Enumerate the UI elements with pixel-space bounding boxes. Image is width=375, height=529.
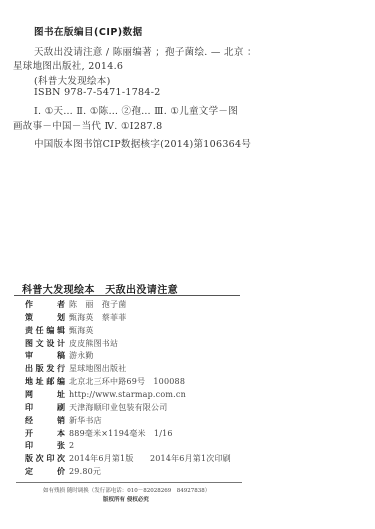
row-value: 2014年6月第1版 2014年6月第1次印刷 — [69, 453, 231, 465]
row-label: 定价 — [25, 466, 65, 478]
cip-line-record-number: 中国版本图书馆CIP数据核字(2014)第106364号 — [34, 136, 251, 150]
row-value: 2 — [69, 440, 74, 452]
website-link[interactable]: http://www.starmap.com.cn — [69, 389, 186, 401]
colophon-row-distributor: 经销新华书店 — [25, 415, 102, 427]
cip-heading: 图书在版编目(CIP)数据 — [34, 24, 143, 38]
top-divider — [14, 295, 240, 296]
colophon-row-price: 定价29.80元 — [25, 466, 101, 478]
colophon-row-reviewer: 审稿游永勤 — [25, 350, 94, 362]
colophon-row-sheets: 印张2 — [25, 440, 74, 452]
cip-line-series: (科普大发现绘本) — [34, 73, 111, 87]
cip-line-publisher: 星球地图出版社, 2014.6 — [13, 58, 123, 72]
colophon-row-planner: 策划甄海英 蔡菲菲 — [25, 312, 126, 324]
row-label: 责任编辑 — [25, 325, 65, 337]
row-label: 网址 — [25, 389, 65, 401]
row-value: 甄海英 — [69, 325, 94, 337]
row-label: 出版发行 — [25, 363, 65, 375]
row-value: 北京北三环中路69号 100088 — [69, 376, 185, 388]
row-value: 29.80元 — [69, 466, 101, 478]
colophon-row-publisher: 出版发行星球地图出版社 — [25, 363, 126, 375]
replacement-notice: 如有残损 随时调换（发行部电话：010－82028269 84927838） — [43, 486, 210, 494]
bottom-divider — [16, 482, 242, 483]
row-label: 经销 — [25, 415, 65, 427]
colophon-row-printer: 印刷天津海顺印业包装有限公司 — [25, 402, 167, 414]
cip-line-title: 天敌出没请注意 / 陈丽编著 ；孢子菌绘. — 北京 ： — [34, 44, 257, 58]
row-label: 策划 — [25, 312, 65, 324]
row-value: 游永勤 — [69, 350, 94, 362]
row-label: 作者 — [25, 299, 65, 311]
colophon-row-edition: 版次印次2014年6月第1版 2014年6月第1次印刷 — [25, 453, 231, 465]
row-value: 陈 丽 孢子菌 — [69, 299, 126, 311]
colophon-row-address: 地址邮编北京北三环中路69号 100088 — [25, 376, 185, 388]
row-value: 皮皮熊图书站 — [69, 338, 118, 350]
row-label: 印张 — [25, 440, 65, 452]
colophon-row-author: 作者陈 丽 孢子菌 — [25, 299, 126, 311]
row-value: 天津海顺印业包装有限公司 — [69, 402, 167, 414]
colophon-row-design: 图文设计皮皮熊图书站 — [25, 338, 118, 350]
copyright-notice: 版权所有 侵权必究 — [103, 495, 149, 503]
row-value: 星球地图出版社 — [69, 363, 126, 375]
colophon-row-website: 网址http://www.starmap.com.cn — [25, 389, 186, 401]
row-label: 审稿 — [25, 350, 65, 362]
cip-line-classification-1: Ⅰ. ①天… Ⅱ. ①陈… ②孢… Ⅲ. ①儿童文学－图 — [34, 103, 238, 117]
colophon-row-format: 开本889毫米×1194毫米 1/16 — [25, 428, 173, 440]
row-value: 甄海英 蔡菲菲 — [69, 312, 126, 324]
row-label: 印刷 — [25, 402, 65, 414]
colophon-row-editor: 责任编辑甄海英 — [25, 325, 94, 337]
series-title: 科普大发现绘本 天敌出没请注意 — [22, 281, 178, 296]
cip-line-classification-2: 画故事－中国－当代 Ⅳ. ①I287.8 — [13, 118, 163, 132]
row-value: 新华书店 — [69, 415, 102, 427]
cip-line-isbn: ISBN 978-7-5471-1784-2 — [34, 87, 161, 98]
row-label: 版次印次 — [25, 453, 65, 465]
row-value: 889毫米×1194毫米 1/16 — [69, 428, 173, 440]
row-label: 地址邮编 — [25, 376, 65, 388]
row-label: 开本 — [25, 428, 65, 440]
row-label: 图文设计 — [25, 338, 65, 350]
